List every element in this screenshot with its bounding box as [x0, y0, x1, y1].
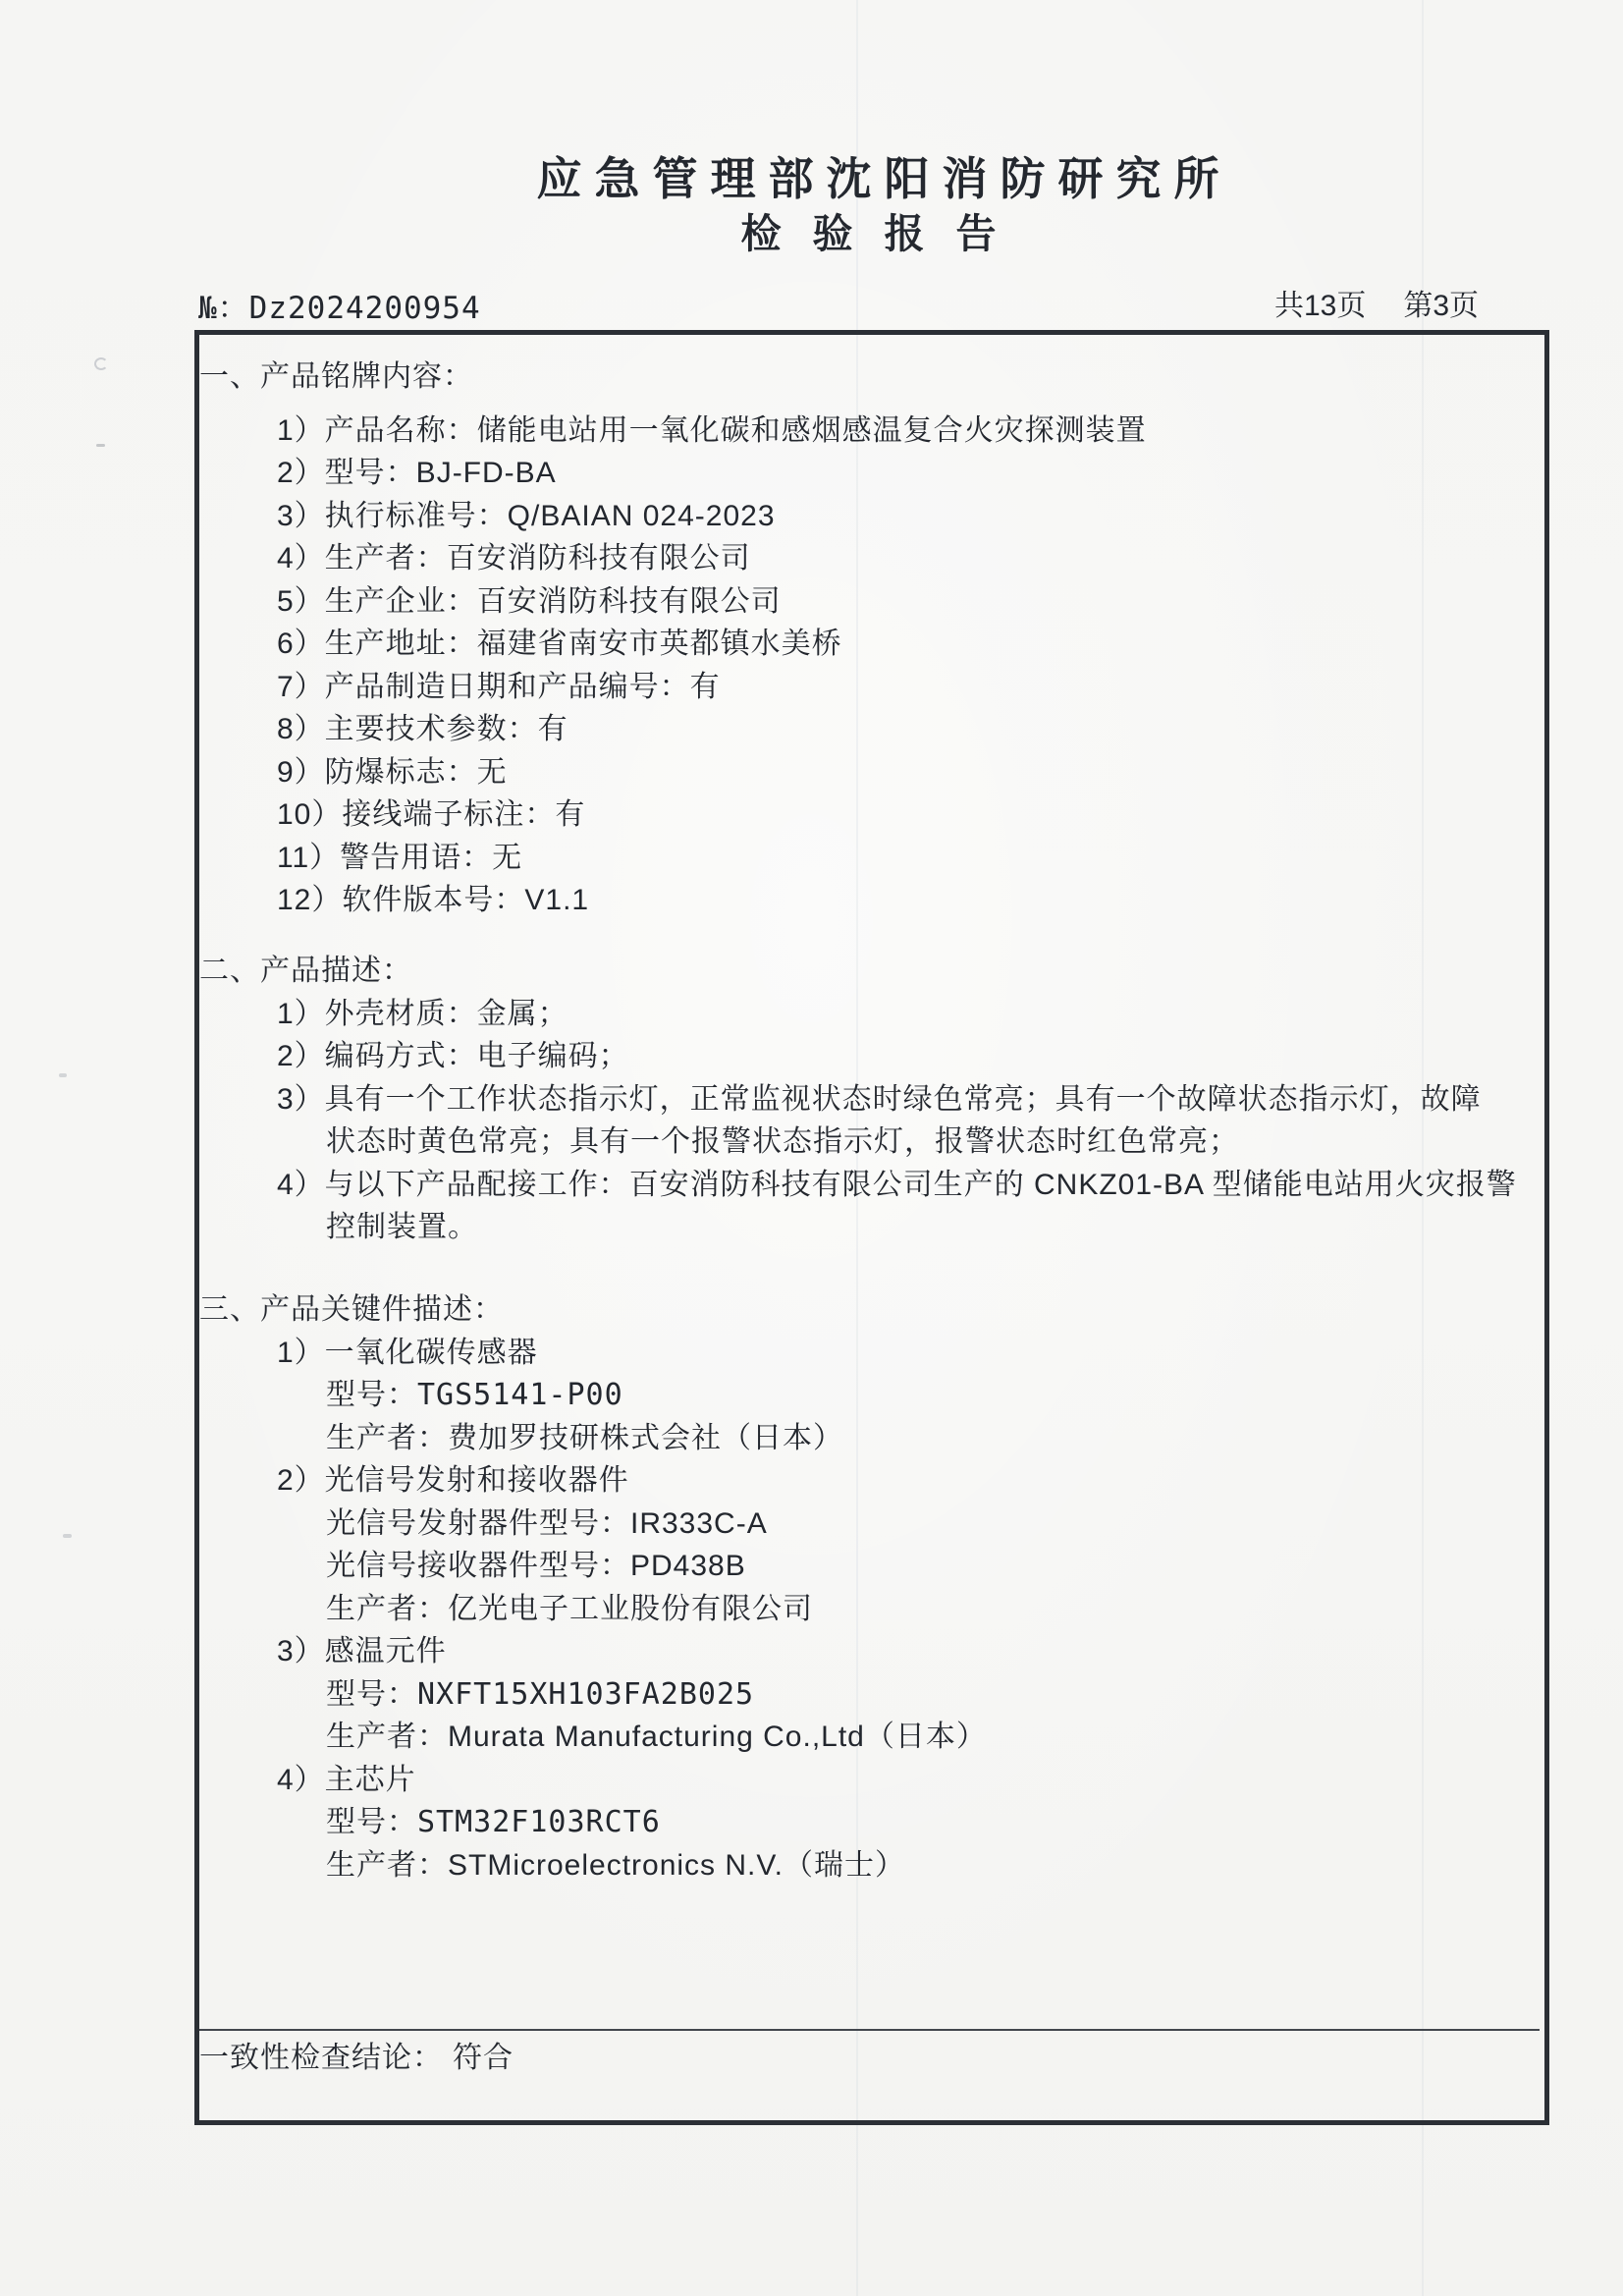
nameplate-item: 6）生产地址：福建省南安市英都镇水美桥 — [194, 623, 1147, 666]
nameplate-item: 7）产品制造日期和产品编号：有 — [194, 666, 1147, 709]
nameplate-item: 2）型号：BJ-FD-BA — [194, 452, 1147, 495]
nameplate-item: 4）生产者：百安消防科技有限公司 — [194, 537, 1147, 580]
conformity-conclusion-value: 符合 — [453, 2042, 514, 2074]
key-component-item: 1）一氧化碳传感器 — [194, 1332, 987, 1375]
report-number-value: Dz2024200954 — [249, 291, 481, 326]
key-component-detail: 生产者：亿光电子工业股份有限公司 — [194, 1588, 987, 1631]
description-line: 3）具有一个工作状态指示灯，正常监视状态时绿色常亮；具有一个故障状态指示灯，故障 — [194, 1078, 1517, 1121]
section-description: 二、产品描述： 1）外壳材质：金属； 2）编码方式：电子编码； 3）具有一个工作… — [194, 950, 1517, 1249]
nameplate-item: 10）接线端子标注：有 — [194, 793, 1147, 837]
nameplate-item: 8）主要技术参数：有 — [194, 708, 1147, 751]
conclusion-divider-line — [199, 2029, 1540, 2031]
key-component-detail: 型号：TGS5141-P00 — [194, 1374, 987, 1417]
total-pages: 共13页 — [1274, 281, 1366, 324]
conformity-conclusion: 一致性检查结论：符合 — [199, 2037, 514, 2080]
scan-artifact — [59, 1073, 67, 1077]
key-component-item: 3）感温元件 — [194, 1630, 987, 1673]
key-component-detail: 生产者：STMicroelectronics N.V.（瑞士） — [194, 1844, 987, 1887]
current-page: 第3页 — [1403, 281, 1479, 324]
section-heading: 一、产品铭牌内容： — [194, 355, 1147, 399]
nameplate-item: 3）执行标准号：Q/BAIAN 024-2023 — [194, 495, 1147, 538]
section-key-components: 三、产品关键件描述： 1）一氧化碳传感器 型号：TGS5141-P00 生产者：… — [194, 1288, 987, 1886]
description-line: 2）编码方式：电子编码； — [194, 1035, 1517, 1078]
key-component-detail: 光信号发射器件型号：IR333C-A — [194, 1503, 987, 1546]
nameplate-item: 9）防爆标志：无 — [194, 751, 1147, 794]
key-component-detail: 型号：NXFT15XH103FA2B025 — [194, 1673, 987, 1717]
scan-artifact — [63, 1534, 72, 1538]
key-component-item: 4）主芯片 — [194, 1759, 987, 1802]
report-title: 检验报告 — [73, 201, 1623, 259]
section-heading: 二、产品描述： — [194, 950, 1517, 993]
pagination: 共13页 第3页 — [1274, 281, 1479, 324]
nameplate-item: 12）软件版本号：V1.1 — [194, 879, 1147, 922]
section-nameplate: 一、产品铭牌内容： 1）产品名称：储能电站用一氧化碳和感烟感温复合火灾探测装置 … — [194, 355, 1147, 922]
description-line-continuation: 控制装置。 — [194, 1206, 1517, 1249]
report-number: №：Dz2024200954 — [198, 283, 481, 327]
conformity-conclusion-label: 一致性检查结论： — [199, 2042, 443, 2074]
key-component-item: 2）光信号发射和接收器件 — [194, 1459, 987, 1503]
key-component-detail: 生产者：费加罗技研株式会社（日本） — [194, 1417, 987, 1460]
section-heading: 三、产品关键件描述： — [194, 1288, 987, 1332]
nameplate-item: 5）生产企业：百安消防科技有限公司 — [194, 580, 1147, 624]
nameplate-item: 11）警告用语：无 — [194, 837, 1147, 880]
description-line-continuation: 状态时黄色常亮；具有一个报警状态指示灯，报警状态时红色常亮； — [194, 1121, 1517, 1164]
key-component-detail: 光信号接收器件型号：PD438B — [194, 1545, 987, 1588]
description-line: 4）与以下产品配接工作：百安消防科技有限公司生产的 CNKZ01-BA 型储能电… — [194, 1164, 1517, 1207]
report-number-label: №： — [198, 291, 249, 326]
description-line: 1）外壳材质：金属； — [194, 993, 1517, 1036]
scan-artifact — [96, 444, 105, 447]
key-component-detail: 型号：STM32F103RCT6 — [194, 1801, 987, 1844]
nameplate-item: 1）产品名称：储能电站用一氧化碳和感烟感温复合火灾探测装置 — [194, 410, 1147, 453]
institute-title: 应急管理部沈阳消防研究所 — [73, 143, 1623, 208]
scan-artifact — [94, 357, 108, 370]
key-component-detail: 生产者：Murata Manufacturing Co.,Ltd（日本） — [194, 1716, 987, 1759]
scanned-report-page: 应急管理部沈阳消防研究所 检验报告 №：Dz2024200954 共13页 第3… — [0, 0, 1623, 2296]
